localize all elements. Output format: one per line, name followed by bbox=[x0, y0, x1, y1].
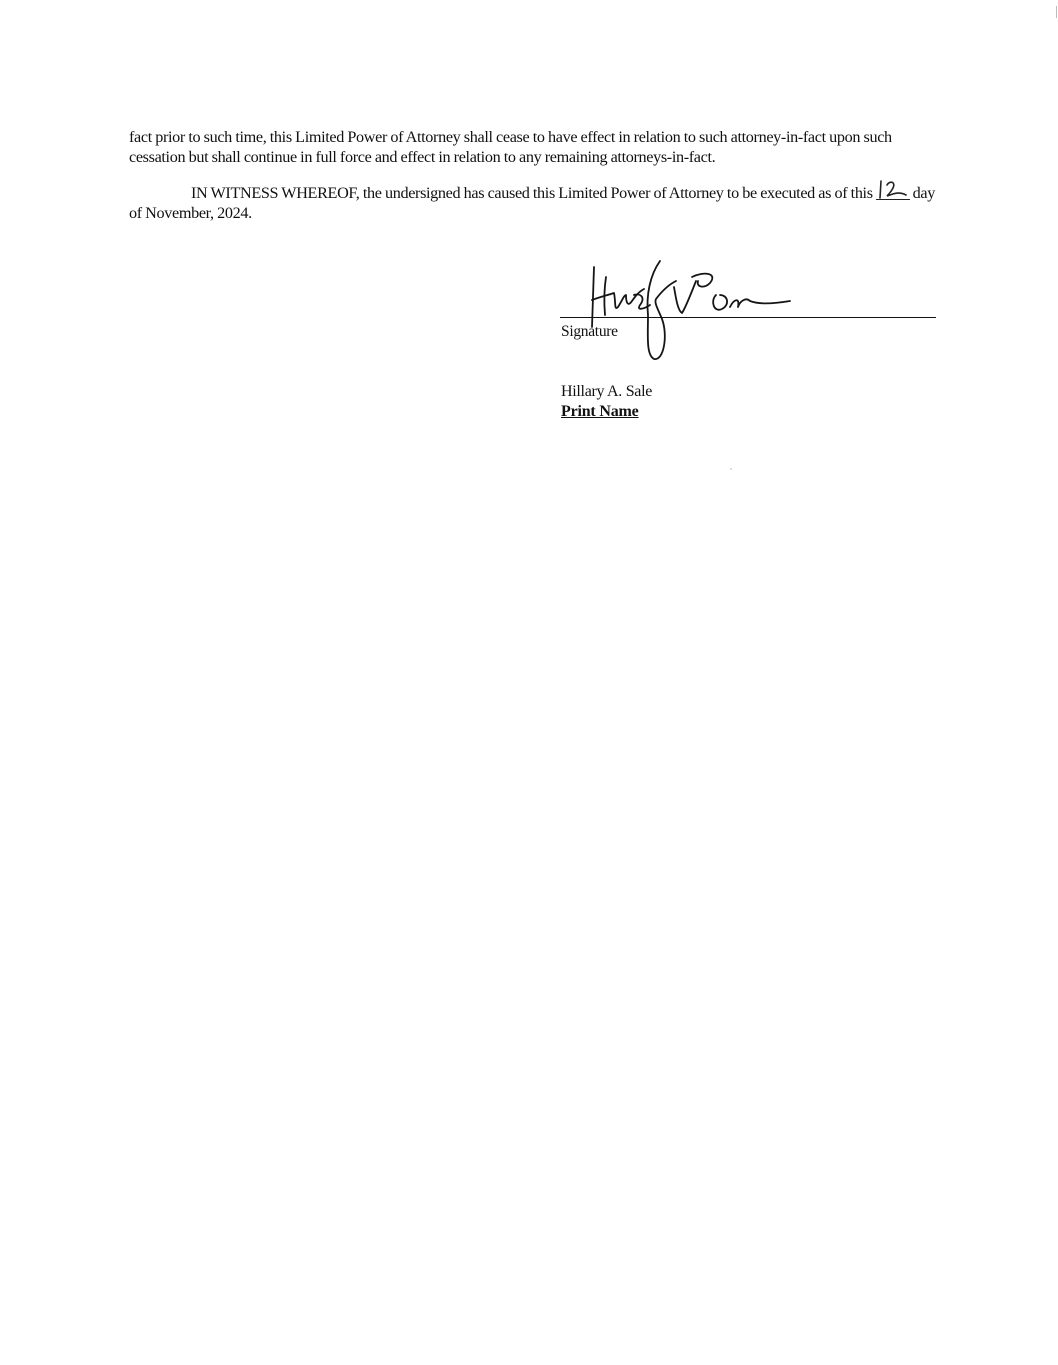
witness-paragraph: IN WITNESS WHEREOF, the undersigned has … bbox=[129, 183, 949, 223]
handwritten-day-icon bbox=[876, 177, 910, 201]
closing-paragraph: fact prior to such time, this Limited Po… bbox=[129, 127, 949, 167]
signatory-name: Hillary A. Sale bbox=[561, 383, 652, 401]
handwritten-day-field bbox=[876, 183, 910, 200]
scan-edge-mark bbox=[1056, 6, 1057, 18]
witness-lead-text: IN WITNESS WHEREOF, the undersigned has … bbox=[191, 184, 873, 202]
print-name-label: Print Name bbox=[561, 403, 639, 421]
scan-speck bbox=[730, 468, 732, 470]
signature-line bbox=[560, 317, 936, 318]
signature-label: Signature bbox=[561, 323, 618, 341]
handwritten-signature-icon bbox=[570, 255, 800, 365]
document-page: fact prior to such time, this Limited Po… bbox=[0, 0, 1058, 1365]
